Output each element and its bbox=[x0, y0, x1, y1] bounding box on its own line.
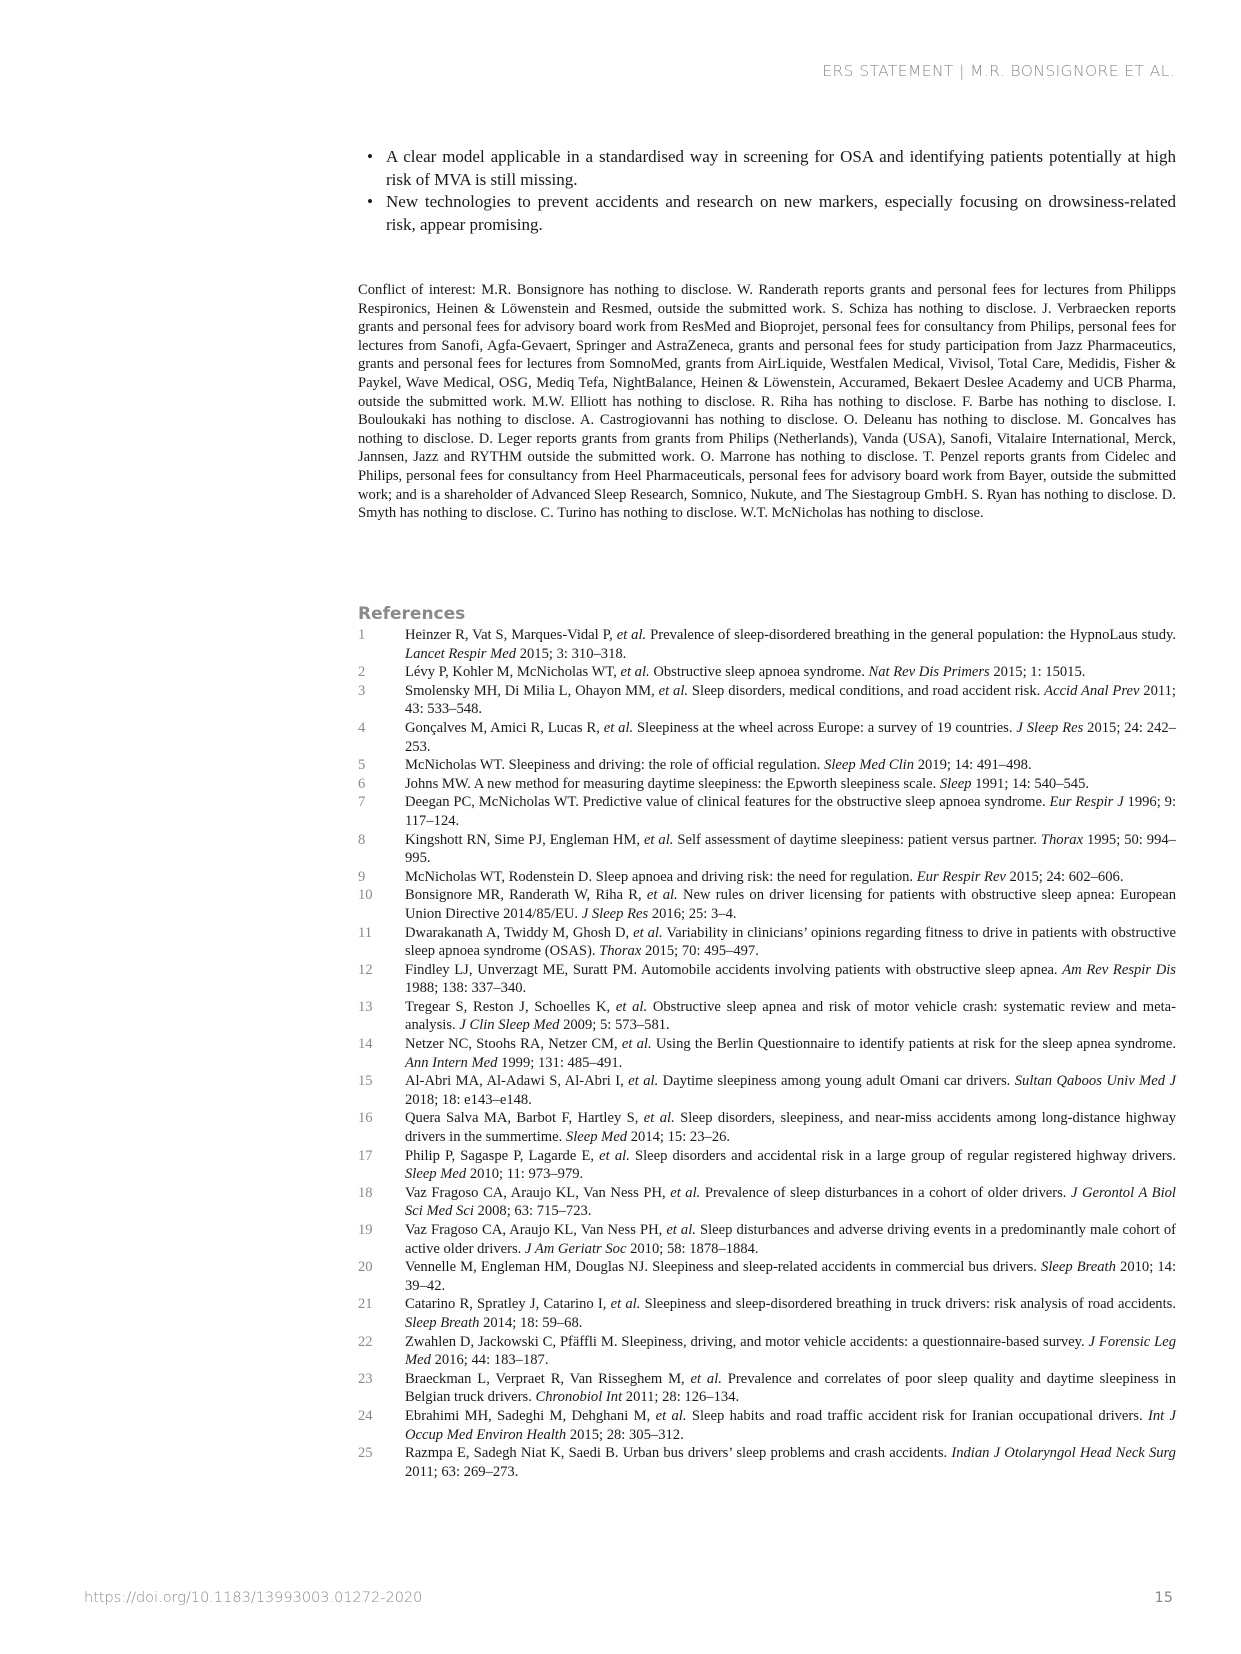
reference-citation: 2014; 18: 59–68. bbox=[479, 1315, 582, 1331]
reference-et-al: et al. bbox=[599, 1148, 630, 1164]
reference-number: 23 bbox=[358, 1370, 405, 1389]
reference-citation: 2014; 15: 23–26. bbox=[627, 1129, 730, 1145]
reference-authors: Tregear S, Reston J, Schoelles K, bbox=[405, 999, 616, 1015]
reference-text: Gonçalves M, Amici R, Lucas R, et al. Sl… bbox=[405, 719, 1176, 756]
reference-citation: 2018; 18: e143–e148. bbox=[405, 1092, 532, 1108]
reference-citation: 2010; 58: 1878–1884. bbox=[626, 1241, 758, 1257]
reference-number: 10 bbox=[358, 886, 405, 905]
page-number: 15 bbox=[1155, 1590, 1173, 1606]
reference-text: Bonsignore MR, Randerath W, Riha R, et a… bbox=[405, 886, 1176, 923]
reference-number: 20 bbox=[358, 1258, 405, 1277]
reference-item: 1Heinzer R, Vat S, Marques-Vidal P, et a… bbox=[358, 626, 1176, 663]
reference-authors: Findley LJ, Unverzagt ME, Suratt PM. Aut… bbox=[405, 962, 1062, 978]
reference-item: 23Braeckman L, Verpraet R, Van Risseghem… bbox=[358, 1370, 1176, 1407]
reference-item: 13Tregear S, Reston J, Schoelles K, et a… bbox=[358, 998, 1176, 1035]
reference-journal: Eur Respir Rev bbox=[917, 869, 1006, 885]
reference-et-al: et al. bbox=[616, 999, 647, 1015]
reference-text: McNicholas WT. Sleepiness and driving: t… bbox=[405, 756, 1176, 775]
reference-citation: 1988; 138: 337–340. bbox=[405, 980, 526, 996]
reference-citation: 2019; 14: 491–498. bbox=[914, 757, 1032, 773]
reference-text: Quera Salva MA, Barbot F, Hartley S, et … bbox=[405, 1109, 1176, 1146]
reference-title: Sleepiness and sleep-disordered breathin… bbox=[640, 1296, 1176, 1312]
reference-citation: 1999; 131: 485–491. bbox=[497, 1055, 622, 1071]
reference-text: Smolensky MH, Di Milia L, Ohayon MM, et … bbox=[405, 682, 1176, 719]
reference-item: 20Vennelle M, Engleman HM, Douglas NJ. S… bbox=[358, 1258, 1176, 1295]
reference-title: Obstructive sleep apnoea syndrome. bbox=[650, 664, 869, 680]
reference-text: Vaz Fragoso CA, Araujo KL, Van Ness PH, … bbox=[405, 1221, 1176, 1258]
reference-et-al: et al. bbox=[621, 664, 650, 680]
reference-title: Prevalence of sleep-disordered breathing… bbox=[646, 627, 1176, 643]
reference-journal: Sultan Qaboos Univ Med J bbox=[1015, 1073, 1176, 1089]
reference-text: Zwahlen D, Jackowski C, Pfäffli M. Sleep… bbox=[405, 1333, 1176, 1370]
reference-number: 7 bbox=[358, 793, 405, 812]
reference-authors: Philip P, Sagaspe P, Lagarde E, bbox=[405, 1148, 599, 1164]
reference-authors: Bonsignore MR, Randerath W, Riha R, bbox=[405, 887, 647, 903]
reference-title: Daytime sleepiness among young adult Oma… bbox=[658, 1073, 1015, 1089]
reference-number: 25 bbox=[358, 1444, 405, 1463]
reference-item: 19Vaz Fragoso CA, Araujo KL, Van Ness PH… bbox=[358, 1221, 1176, 1258]
reference-et-al: et al. bbox=[611, 1296, 641, 1312]
reference-citation: 2015; 24: 602–606. bbox=[1006, 869, 1124, 885]
reference-et-al: et al. bbox=[656, 1408, 687, 1424]
reference-item: 5McNicholas WT. Sleepiness and driving: … bbox=[358, 756, 1176, 775]
reference-citation: 2016; 44: 183–187. bbox=[431, 1352, 549, 1368]
reference-authors: Ebrahimi MH, Sadeghi M, Dehghani M, bbox=[405, 1408, 656, 1424]
reference-number: 17 bbox=[358, 1147, 405, 1166]
reference-text: Vennelle M, Engleman HM, Douglas NJ. Sle… bbox=[405, 1258, 1176, 1295]
reference-title: Sleepiness at the wheel across Europe: a… bbox=[633, 720, 1016, 736]
reference-text: Razmpa E, Sadegh Niat K, Saedi B. Urban … bbox=[405, 1444, 1176, 1481]
bullet-text: A clear model applicable in a standardis… bbox=[386, 147, 1176, 189]
reference-number: 16 bbox=[358, 1109, 405, 1128]
bullet-icon: • bbox=[367, 191, 373, 214]
bullet-item: • A clear model applicable in a standard… bbox=[358, 146, 1176, 191]
reference-journal: Sleep Breath bbox=[405, 1315, 479, 1331]
reference-number: 18 bbox=[358, 1184, 405, 1203]
reference-text: McNicholas WT, Rodenstein D. Sleep apnoe… bbox=[405, 868, 1176, 887]
reference-item: 4Gonçalves M, Amici R, Lucas R, et al. S… bbox=[358, 719, 1176, 756]
reference-journal: Accid Anal Prev bbox=[1044, 683, 1139, 699]
reference-journal: Sleep bbox=[940, 776, 972, 792]
reference-authors: Vennelle M, Engleman HM, Douglas NJ. Sle… bbox=[405, 1259, 1041, 1275]
reference-number: 5 bbox=[358, 756, 405, 775]
reference-number: 21 bbox=[358, 1295, 405, 1314]
reference-item: 7Deegan PC, McNicholas WT. Predictive va… bbox=[358, 793, 1176, 830]
reference-authors: Zwahlen D, Jackowski C, Pfäffli M. Sleep… bbox=[405, 1334, 1089, 1350]
reference-number: 9 bbox=[358, 868, 405, 887]
reference-number: 11 bbox=[358, 924, 405, 943]
reference-authors: Heinzer R, Vat S, Marques-Vidal P, bbox=[405, 627, 617, 643]
reference-item: 2Lévy P, Kohler M, McNicholas WT, et al.… bbox=[358, 663, 1176, 682]
reference-authors: Braeckman L, Verpraet R, Van Risseghem M… bbox=[405, 1371, 691, 1387]
references-list: 1Heinzer R, Vat S, Marques-Vidal P, et a… bbox=[358, 626, 1176, 1481]
reference-authors: Netzer NC, Stoohs RA, Netzer CM, bbox=[405, 1036, 622, 1052]
reference-citation: 2008; 63: 715–723. bbox=[474, 1203, 592, 1219]
reference-text: Heinzer R, Vat S, Marques-Vidal P, et al… bbox=[405, 626, 1176, 663]
reference-authors: Dwarakanath A, Twiddy M, Ghosh D, bbox=[405, 925, 633, 941]
reference-text: Kingshott RN, Sime PJ, Engleman HM, et a… bbox=[405, 831, 1176, 868]
reference-item: 6Johns MW. A new method for measuring da… bbox=[358, 775, 1176, 794]
reference-title: Sleep disorders and accidental risk in a… bbox=[630, 1148, 1176, 1164]
reference-et-al: et al. bbox=[628, 1073, 658, 1089]
reference-authors: Smolensky MH, Di Milia L, Ohayon MM, bbox=[405, 683, 659, 699]
reference-citation: 1991; 14: 540–545. bbox=[971, 776, 1089, 792]
reference-et-al: et al. bbox=[666, 1222, 696, 1238]
reference-item: 14Netzer NC, Stoohs RA, Netzer CM, et al… bbox=[358, 1035, 1176, 1072]
reference-authors: Kingshott RN, Sime PJ, Engleman HM, bbox=[405, 832, 644, 848]
doi-link[interactable]: https://doi.org/10.1183/13993003.01272-2… bbox=[84, 1590, 422, 1606]
bullet-item: • New technologies to prevent accidents … bbox=[358, 191, 1176, 236]
reference-journal: Nat Rev Dis Primers bbox=[869, 664, 990, 680]
reference-title: Self assessment of daytime sleepiness: p… bbox=[673, 832, 1040, 848]
reference-text: Dwarakanath A, Twiddy M, Ghosh D, et al.… bbox=[405, 924, 1176, 961]
reference-text: Braeckman L, Verpraet R, Van Risseghem M… bbox=[405, 1370, 1176, 1407]
reference-item: 10Bonsignore MR, Randerath W, Riha R, et… bbox=[358, 886, 1176, 923]
reference-et-al: et al. bbox=[659, 683, 688, 699]
reference-journal: J Clin Sleep Med bbox=[459, 1017, 559, 1033]
reference-citation: 2015; 3: 310–318. bbox=[516, 646, 626, 662]
reference-et-al: et al. bbox=[633, 925, 663, 941]
reference-item: 16Quera Salva MA, Barbot F, Hartley S, e… bbox=[358, 1109, 1176, 1146]
reference-journal: Indian J Otolaryngol Head Neck Surg bbox=[951, 1445, 1176, 1461]
conflict-of-interest: Conflict of interest: M.R. Bonsignore ha… bbox=[358, 281, 1176, 523]
reference-authors: Gonçalves M, Amici R, Lucas R, bbox=[405, 720, 604, 736]
reference-authors: Vaz Fragoso CA, Araujo KL, Van Ness PH, bbox=[405, 1185, 670, 1201]
reference-item: 21Catarino R, Spratley J, Catarino I, et… bbox=[358, 1295, 1176, 1332]
reference-item: 12Findley LJ, Unverzagt ME, Suratt PM. A… bbox=[358, 961, 1176, 998]
reference-number: 24 bbox=[358, 1407, 405, 1426]
reference-citation: 2015; 28: 305–312. bbox=[566, 1427, 684, 1443]
reference-title: Prevalence of sleep disturbances in a co… bbox=[700, 1185, 1071, 1201]
reference-number: 8 bbox=[358, 831, 405, 850]
reference-journal: J Sleep Res bbox=[1016, 720, 1083, 736]
reference-text: Findley LJ, Unverzagt ME, Suratt PM. Aut… bbox=[405, 961, 1176, 998]
reference-number: 6 bbox=[358, 775, 405, 794]
reference-authors: McNicholas WT. Sleepiness and driving: t… bbox=[405, 757, 824, 773]
reference-authors: Vaz Fragoso CA, Araujo KL, Van Ness PH, bbox=[405, 1222, 666, 1238]
reference-text: Vaz Fragoso CA, Araujo KL, Van Ness PH, … bbox=[405, 1184, 1176, 1221]
reference-citation: 2016; 25: 3–4. bbox=[648, 906, 736, 922]
reference-item: 18Vaz Fragoso CA, Araujo KL, Van Ness PH… bbox=[358, 1184, 1176, 1221]
reference-number: 19 bbox=[358, 1221, 405, 1240]
reference-journal: Eur Respir J bbox=[1050, 794, 1124, 810]
reference-citation: 2015; 1: 15015. bbox=[990, 664, 1086, 680]
reference-item: 9McNicholas WT, Rodenstein D. Sleep apno… bbox=[358, 868, 1176, 887]
reference-journal: Am Rev Respir Dis bbox=[1062, 962, 1176, 978]
reference-number: 14 bbox=[358, 1035, 405, 1054]
reference-journal: Lancet Respir Med bbox=[405, 646, 516, 662]
reference-text: Al-Abri MA, Al-Adawi S, Al-Abri I, et al… bbox=[405, 1072, 1176, 1109]
reference-et-al: et al. bbox=[691, 1371, 722, 1387]
reference-journal: Ann Intern Med bbox=[405, 1055, 497, 1071]
reference-item: 17Philip P, Sagaspe P, Lagarde E, et al.… bbox=[358, 1147, 1176, 1184]
reference-journal: Chronobiol Int bbox=[536, 1389, 623, 1405]
reference-item: 25Razmpa E, Sadegh Niat K, Saedi B. Urba… bbox=[358, 1444, 1176, 1481]
reference-et-al: et al. bbox=[670, 1185, 700, 1201]
reference-citation: 2010; 11: 973–979. bbox=[466, 1166, 583, 1182]
reference-authors: Deegan PC, McNicholas WT. Predictive val… bbox=[405, 794, 1050, 810]
reference-text: Netzer NC, Stoohs RA, Netzer CM, et al. … bbox=[405, 1035, 1176, 1072]
reference-item: 22Zwahlen D, Jackowski C, Pfäffli M. Sle… bbox=[358, 1333, 1176, 1370]
reference-item: 15Al-Abri MA, Al-Adawi S, Al-Abri I, et … bbox=[358, 1072, 1176, 1109]
reference-text: Ebrahimi MH, Sadeghi M, Dehghani M, et a… bbox=[405, 1407, 1176, 1444]
reference-text: Catarino R, Spratley J, Catarino I, et a… bbox=[405, 1295, 1176, 1332]
reference-number: 2 bbox=[358, 663, 405, 682]
reference-authors: Lévy P, Kohler M, McNicholas WT, bbox=[405, 664, 621, 680]
reference-number: 22 bbox=[358, 1333, 405, 1352]
reference-authors: McNicholas WT, Rodenstein D. Sleep apnoe… bbox=[405, 869, 917, 885]
document-page: ERS STATEMENT | M.R. BONSIGNORE ET AL. •… bbox=[0, 0, 1241, 1654]
reference-et-al: et al. bbox=[644, 832, 673, 848]
reference-text: Tregear S, Reston J, Schoelles K, et al.… bbox=[405, 998, 1176, 1035]
reference-title: Sleep disorders, medical conditions, and… bbox=[688, 683, 1044, 699]
reference-number: 13 bbox=[358, 998, 405, 1017]
reference-journal: J Sleep Res bbox=[582, 906, 648, 922]
reference-title: Using the Berlin Questionnaire to identi… bbox=[652, 1036, 1176, 1052]
reference-citation: 2011; 63: 269–273. bbox=[405, 1464, 518, 1480]
reference-et-al: et al. bbox=[622, 1036, 652, 1052]
reference-item: 11Dwarakanath A, Twiddy M, Ghosh D, et a… bbox=[358, 924, 1176, 961]
reference-et-al: et al. bbox=[617, 627, 646, 643]
reference-number: 15 bbox=[358, 1072, 405, 1091]
reference-number: 3 bbox=[358, 682, 405, 701]
reference-et-al: et al. bbox=[644, 1110, 675, 1126]
reference-journal: Sleep Med Clin bbox=[824, 757, 914, 773]
reference-citation: 2009; 5: 573–581. bbox=[559, 1017, 669, 1033]
reference-citation: 2015; 70: 495–497. bbox=[641, 943, 759, 959]
reference-number: 4 bbox=[358, 719, 405, 738]
reference-citation: 2011; 28: 126–134. bbox=[622, 1389, 739, 1405]
reference-journal: J Am Geriatr Soc bbox=[525, 1241, 626, 1257]
bullet-text: New technologies to prevent accidents an… bbox=[386, 192, 1176, 234]
references-heading: References bbox=[358, 604, 465, 624]
reference-journal: Sleep Med bbox=[405, 1166, 466, 1182]
reference-authors: Razmpa E, Sadegh Niat K, Saedi B. Urban … bbox=[405, 1445, 951, 1461]
reference-item: 24Ebrahimi MH, Sadeghi M, Dehghani M, et… bbox=[358, 1407, 1176, 1444]
reference-journal: Thorax bbox=[599, 943, 641, 959]
bullet-icon: • bbox=[367, 146, 373, 169]
reference-text: Deegan PC, McNicholas WT. Predictive val… bbox=[405, 793, 1176, 830]
reference-number: 12 bbox=[358, 961, 405, 980]
reference-authors: Quera Salva MA, Barbot F, Hartley S, bbox=[405, 1110, 644, 1126]
reference-authors: Catarino R, Spratley J, Catarino I, bbox=[405, 1296, 611, 1312]
reference-item: 8Kingshott RN, Sime PJ, Engleman HM, et … bbox=[358, 831, 1176, 868]
reference-text: Johns MW. A new method for measuring day… bbox=[405, 775, 1176, 794]
reference-et-al: et al. bbox=[604, 720, 633, 736]
reference-text: Philip P, Sagaspe P, Lagarde E, et al. S… bbox=[405, 1147, 1176, 1184]
reference-et-al: et al. bbox=[647, 887, 678, 903]
reference-journal: Sleep Med bbox=[566, 1129, 627, 1145]
key-points-list: • A clear model applicable in a standard… bbox=[358, 146, 1176, 236]
reference-item: 3Smolensky MH, Di Milia L, Ohayon MM, et… bbox=[358, 682, 1176, 719]
reference-number: 1 bbox=[358, 626, 405, 645]
reference-journal: Thorax bbox=[1041, 832, 1083, 848]
running-head: ERS STATEMENT | M.R. BONSIGNORE ET AL. bbox=[822, 62, 1175, 80]
reference-authors: Johns MW. A new method for measuring day… bbox=[405, 776, 940, 792]
reference-title: Sleep habits and road traffic accident r… bbox=[686, 1408, 1147, 1424]
reference-text: Lévy P, Kohler M, McNicholas WT, et al. … bbox=[405, 663, 1176, 682]
reference-journal: Sleep Breath bbox=[1041, 1259, 1116, 1275]
reference-authors: Al-Abri MA, Al-Adawi S, Al-Abri I, bbox=[405, 1073, 628, 1089]
